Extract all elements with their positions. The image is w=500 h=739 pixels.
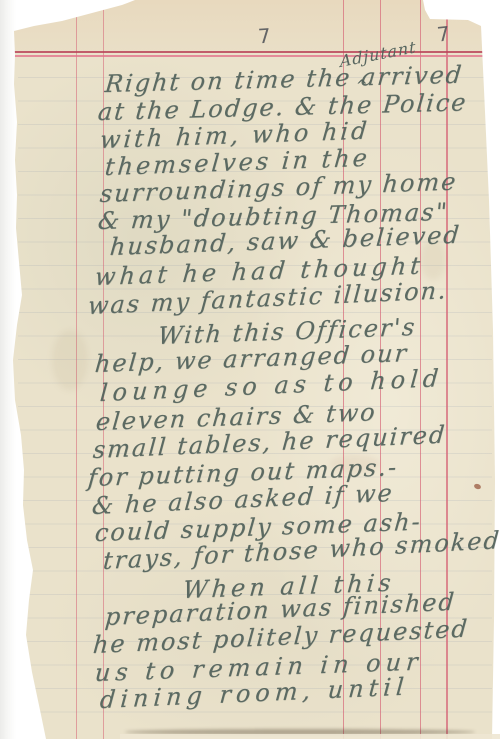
page-number-duplicate: 7 [436,21,451,46]
paper-stain [52,330,88,390]
page-number: 7 [257,24,271,49]
scanned-manuscript-page: 7 7 Adjutant ^ Right on time the arrived… [0,0,500,739]
under-page-edge [120,734,500,739]
red-header-rule [0,51,500,53]
red-header-rule [0,55,500,58]
